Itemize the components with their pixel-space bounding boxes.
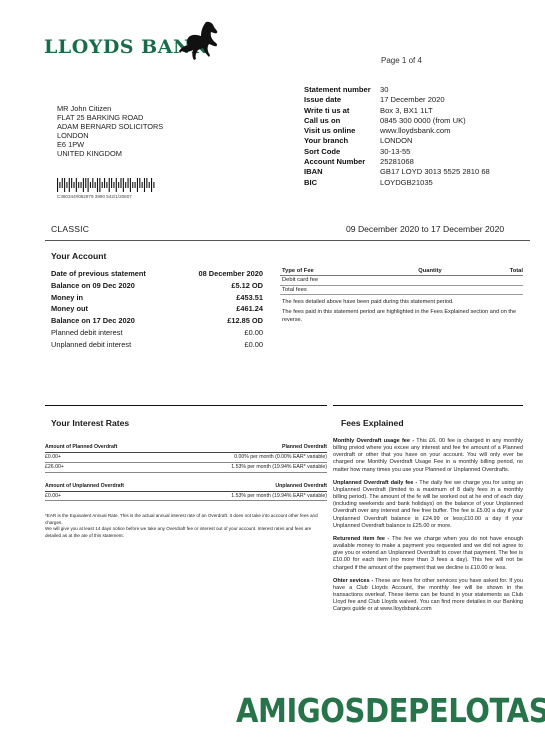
address-line: UNITED KINGDOM — [57, 149, 163, 158]
fee-explanation: Monthly Overdraft usage fee - This £6. 0… — [333, 438, 523, 474]
fee-row: Total fees — [280, 286, 523, 296]
fee-explanation: Ohter sevices - These are fees for other… — [333, 578, 523, 614]
customer-address: MR John Citizen FLAT 25 BARKING ROAD ADA… — [57, 104, 163, 158]
interest-rates-title: Your Interest Rates — [51, 418, 129, 428]
fees-table: Type of Fee Quantity Total Debit card fe… — [280, 266, 523, 324]
fee-explanation: Unplanned Overdraft daily fee - The dail… — [333, 480, 523, 530]
statement-period: 09 December 2020 to 17 December 2020 — [346, 224, 504, 234]
info-row: Sort Code30-13-55 — [304, 147, 490, 157]
info-row: Call us on0845 300 0000 (from UK) — [304, 116, 490, 126]
account-row: Money in£453.51 — [51, 292, 263, 304]
info-row: Your branchLONDON — [304, 136, 490, 146]
info-label: Your branch — [304, 136, 380, 146]
info-row: Statement number30 — [304, 85, 490, 95]
info-label: Visit us online — [304, 126, 380, 136]
info-label: IBAN — [304, 167, 380, 177]
fees-explained-title: Fees Explained — [341, 418, 404, 428]
interest-footnotes: *EAR is the Equivalent Annual Rate. This… — [45, 513, 327, 539]
account-row: Planned debit interest£0.00 — [51, 327, 263, 339]
account-value: £461.24 — [236, 303, 263, 315]
info-row: IBANGB17 LOYD 3013 5525 2810 68 — [304, 167, 490, 177]
statement-info: Statement number30Issue date17 December … — [304, 85, 490, 188]
account-label: Balance on 09 Dec 2020 — [51, 280, 135, 292]
page-indicator: Page 1 of 4 — [381, 56, 422, 65]
fee-explanation: Returened item fee - The fee we charge w… — [333, 536, 523, 572]
rate-row: £0.00+ 1.53% per month (19.94% EAR* vari… — [45, 492, 327, 502]
rate-amount: £0.00+ — [45, 493, 61, 499]
account-row: Date of previous statement08 December 20… — [51, 268, 263, 280]
info-value: www.lloydsbank.com — [380, 126, 450, 136]
info-row: Issue date17 December 2020 — [304, 95, 490, 105]
account-label: Date of previous statement — [51, 268, 146, 280]
info-value: LOYDGB21035 — [380, 178, 433, 188]
fee-type-header: Type of Fee — [280, 268, 375, 274]
rate-value: 1.53% per month (19.94% EAR* variable) — [231, 464, 327, 470]
address-line: FLAT 25 BARKING ROAD — [57, 113, 163, 122]
divider — [45, 240, 530, 241]
info-value: 17 December 2020 — [380, 95, 445, 105]
info-label: BIC — [304, 178, 380, 188]
account-summary-table: Date of previous statement08 December 20… — [51, 268, 263, 351]
fees-explained-body: Monthly Overdraft usage fee - This £6. 0… — [333, 438, 523, 619]
rate-amount: £0.00+ — [45, 454, 61, 460]
account-type: CLASSIC — [51, 224, 89, 234]
barcode-reference: C360344#062879 3990 542/1/20607 — [57, 194, 132, 199]
info-row: BICLOYDGB21035 — [304, 178, 490, 188]
rate-amount: £26.00+ — [45, 464, 64, 470]
info-value: Box 3, BX1 1LT — [380, 106, 433, 116]
account-label: Money out — [51, 303, 88, 315]
info-label: Sort Code — [304, 147, 380, 157]
account-row: Balance on 17 Dec 2020£12.85 OD — [51, 315, 263, 327]
address-line: LONDON — [57, 131, 163, 140]
info-label: Call us on — [304, 116, 380, 126]
info-value: LONDON — [380, 136, 413, 146]
info-value: 0845 300 0000 (from UK) — [380, 116, 466, 126]
section-divider — [45, 405, 327, 406]
interest-rates-table: Amount of Planned Overdraft Planned Over… — [45, 442, 327, 501]
account-row: Balance on 09 Dec 2020£5.12 OD — [51, 280, 263, 292]
account-value: 08 December 2020 — [198, 268, 263, 280]
info-value: GB17 LOYD 3013 5525 2810 68 — [380, 167, 490, 177]
fee-note: The fees detailed above have been paid d… — [280, 299, 523, 306]
info-label: Account Number — [304, 157, 380, 167]
info-label: Statement number — [304, 85, 380, 95]
account-value: £0.00 — [245, 339, 264, 351]
section-divider — [333, 405, 523, 406]
address-line: MR John Citizen — [57, 104, 163, 113]
postal-barcode — [57, 178, 157, 192]
footnote: We will give you at least 14 days notice… — [45, 526, 327, 539]
rate-row: £0.00+ 0.00% per month (0.00% EAR* varia… — [45, 453, 327, 463]
fee-quantity-header: Quantity — [375, 268, 485, 274]
account-row: Money out£461.24 — [51, 303, 263, 315]
fee-row: Debit card fee — [280, 276, 523, 286]
your-account-title: Your Account — [51, 251, 106, 261]
info-value: 25281068 — [380, 157, 414, 167]
planned-overdraft-header: Amount of Planned Overdraft Planned Over… — [45, 442, 327, 453]
account-value: £12.85 OD — [227, 315, 263, 327]
rate-value: 0.00% per month (0.00% EAR* variable) — [234, 454, 327, 460]
account-label: Unplanned debit interest — [51, 339, 131, 351]
account-value: £5.12 OD — [231, 280, 263, 292]
info-label: Issue date — [304, 95, 380, 105]
info-row: Write ti us atBox 3, BX1 1LT — [304, 106, 490, 116]
header-right: Unplanned Overdraft — [275, 483, 327, 489]
header-left: Amount of Unplanned Overdraft — [45, 483, 124, 489]
account-value: £453.51 — [236, 292, 263, 304]
header-left: Amount of Planned Overdraft — [45, 444, 117, 450]
info-row: Visit us onlinewww.lloydsbank.com — [304, 126, 490, 136]
account-value: £0.00 — [245, 327, 264, 339]
rate-row: £26.00+ 1.53% per month (19.94% EAR* var… — [45, 463, 327, 473]
header-right: Planned Overdraft — [282, 444, 327, 450]
black-horse-icon — [176, 18, 220, 62]
address-line: ADAM BERNARD SOLICITORS — [57, 122, 163, 131]
info-value: 30-13-55 — [380, 147, 410, 157]
account-label: Balance on 17 Dec 2020 — [51, 315, 135, 327]
address-line: E6 1PW — [57, 140, 163, 149]
unplanned-overdraft-header: Amount of Unplanned Overdraft Unplanned … — [45, 481, 327, 492]
fee-note: The fees paid in this statement period a… — [280, 309, 523, 324]
info-label: Write ti us at — [304, 106, 380, 116]
account-row: Unplanned debit interest£0.00 — [51, 339, 263, 351]
account-label: Money in — [51, 292, 83, 304]
watermark: AMIGOSDEPELOTAS.COM — [236, 691, 545, 730]
info-row: Account Number25281068 — [304, 157, 490, 167]
footnote: *EAR is the Equivalent Annual Rate. This… — [45, 513, 327, 526]
account-label: Planned debit interest — [51, 327, 123, 339]
fees-table-header: Type of Fee Quantity Total — [280, 266, 523, 276]
info-value: 30 — [380, 85, 388, 95]
rate-value: 1.53% per month (19.94% EAR* variable) — [231, 493, 327, 499]
fee-total-header: Total — [485, 268, 523, 274]
